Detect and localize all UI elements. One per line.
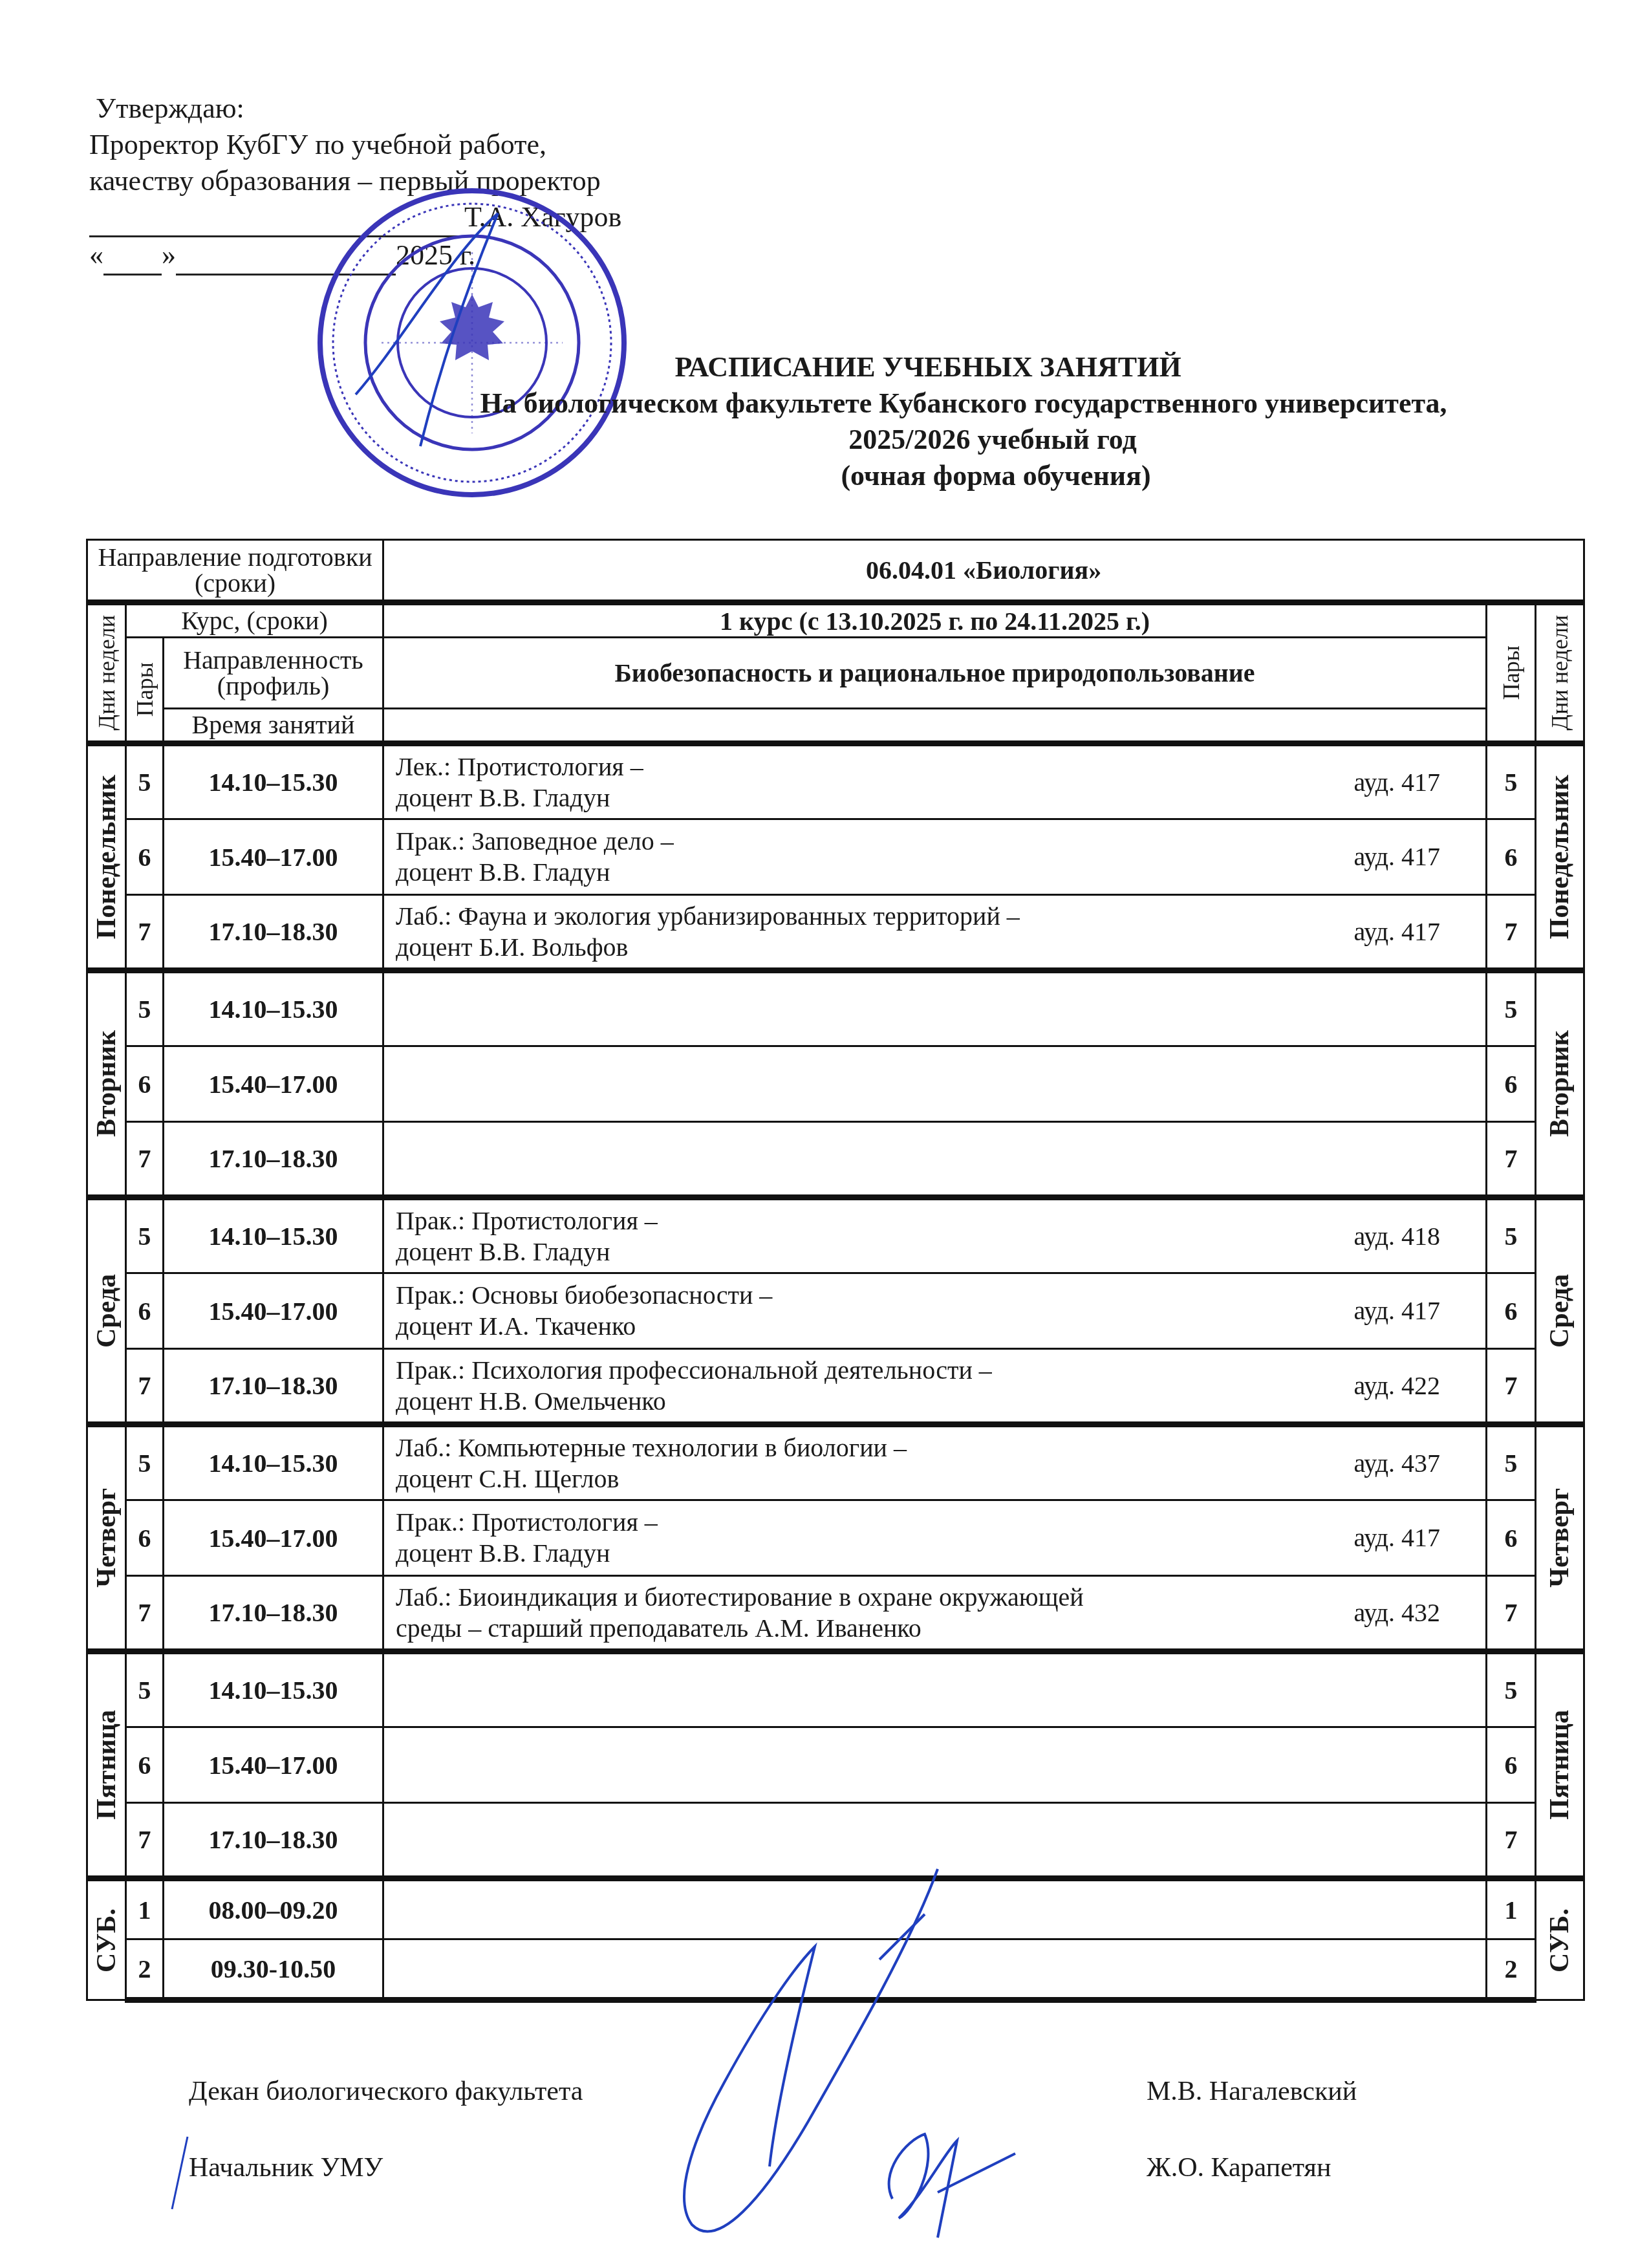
approval-signature-line: Т.А. Хагуров [89, 199, 621, 237]
pair-number-right: 5 [1487, 1652, 1536, 1727]
pair-time: 08.00–09.20 [164, 1879, 383, 1939]
lesson-cell [383, 1122, 1487, 1198]
lesson-teacher: доцент В.В. Гладун [396, 1538, 1485, 1569]
table-row: Среда514.10–15.30Прак.: Протистология –д… [87, 1198, 1584, 1273]
pair-time: 17.10–18.30 [164, 895, 383, 971]
pair-number-left: 6 [126, 819, 164, 895]
header-row-course: Дни недели Курс, (сроки) 1 курс (с 13.10… [87, 603, 1584, 638]
lesson-room: ауд. 422 [1353, 1370, 1440, 1401]
lesson-cell [383, 1727, 1487, 1803]
lesson-cell [383, 1939, 1487, 2000]
lesson-cell: Лаб.: Фауна и экология урбанизированных … [383, 895, 1487, 971]
pair-number-right: 2 [1487, 1939, 1536, 2000]
pair-number-left: 7 [126, 1803, 164, 1879]
pair-number-right: 7 [1487, 1576, 1536, 1652]
lesson-room: ауд. 418 [1353, 1221, 1440, 1252]
schedule-table: Направление подготовки (сроки) 06.04.01 … [86, 539, 1585, 2003]
pair-number-left: 7 [126, 1576, 164, 1652]
document-title: РАСПИСАНИЕ УЧЕБНЫХ ЗАНЯТИЙ На биологичес… [0, 349, 1649, 494]
pair-number-right: 6 [1487, 1273, 1536, 1349]
table-row: 717.10–18.307 [87, 1122, 1584, 1198]
day-label-right: Пятница [1536, 1652, 1584, 1879]
lesson-cell: Лаб.: Биоиндикация и биотестирование в о… [383, 1576, 1487, 1652]
lesson-cell [383, 1879, 1487, 1939]
lesson-cell: Прак.: Протистология –доцент В.В. Гладун… [383, 1198, 1487, 1273]
day-label-left: Четверг [87, 1425, 126, 1652]
approval-block: Утверждаю: Проректор КубГУ по учебной ра… [89, 91, 621, 275]
profile-label: Направленность (профиль) [164, 638, 383, 709]
day-label-left: Пятница [87, 1652, 126, 1879]
pair-number-right: 5 [1487, 1425, 1536, 1500]
table-row: 615.40–17.006 [87, 1046, 1584, 1122]
pair-number-left: 6 [126, 1500, 164, 1576]
table-row: 717.10–18.30Прак.: Психология профессион… [87, 1349, 1584, 1425]
profile-value: Биобезопасность и рациональное природопо… [383, 638, 1487, 709]
table-row: 615.40–17.00Прак.: Заповедное дело –доце… [87, 819, 1584, 895]
pair-time: 09.30-10.50 [164, 1939, 383, 2000]
pair-time: 14.10–15.30 [164, 744, 383, 819]
pair-time: 14.10–15.30 [164, 1652, 383, 1727]
direction-value: 06.04.01 «Биология» [383, 540, 1584, 603]
table-row: 717.10–18.307 [87, 1803, 1584, 1879]
header-row-profile: Пары Направленность (профиль) Биобезопас… [87, 638, 1584, 709]
approval-date-line: « » 2025 г. [89, 237, 621, 275]
day-label-right: Среда [1536, 1198, 1584, 1425]
pair-number-right: 7 [1487, 895, 1536, 971]
pair-number-left: 7 [126, 895, 164, 971]
lesson-teacher: доцент С.Н. Щеглов [396, 1463, 1485, 1495]
approval-year: 2025 г. [396, 239, 475, 271]
lesson-subject: Лаб.: Биоиндикация и биотестирование в о… [396, 1582, 1485, 1613]
lesson-subject: Прак.: Психология профессиональной деяте… [396, 1355, 1485, 1386]
table-row: 717.10–18.30Лаб.: Биоиндикация и биотест… [87, 1576, 1584, 1652]
header-row-direction: Направление подготовки (сроки) 06.04.01 … [87, 540, 1584, 603]
pair-number-right: 6 [1487, 1500, 1536, 1576]
pair-time: 14.10–15.30 [164, 1198, 383, 1273]
lesson-subject: Прак.: Заповедное дело – [396, 826, 1485, 857]
table-row: 615.40–17.00Прак.: Основы биобезопасност… [87, 1273, 1584, 1349]
lesson-room: ауд. 417 [1353, 1522, 1440, 1553]
lesson-cell: Прак.: Протистология –доцент В.В. Гладун… [383, 1500, 1487, 1576]
lesson-subject: Лек.: Протистология – [396, 751, 1485, 783]
days-label-right: Дни недели [1536, 603, 1584, 744]
dean-title: Декан биологического факультета [189, 2076, 583, 2107]
time-label: Время занятий [164, 709, 383, 744]
day-label-left: СУБ. [87, 1879, 126, 2000]
approval-heading: Утверждаю: [89, 91, 621, 127]
lesson-teacher: доцент В.В. Гладун [396, 783, 1485, 814]
lesson-room: ауд. 432 [1353, 1597, 1440, 1628]
lesson-teacher: доцент Н.В. Омельченко [396, 1386, 1485, 1417]
pair-number-left: 5 [126, 1652, 164, 1727]
pair-time: 17.10–18.30 [164, 1803, 383, 1879]
lesson-room: ауд. 417 [1353, 841, 1440, 872]
day-label-left: Вторник [87, 971, 126, 1198]
signature-underline [89, 199, 464, 237]
lesson-room: ауд. 417 [1353, 1295, 1440, 1326]
lesson-teacher: среды – старший преподаватель А.М. Иване… [396, 1613, 1485, 1644]
lesson-subject: Прак.: Основы биобезопасности – [396, 1280, 1485, 1311]
pair-number-left: 5 [126, 1198, 164, 1273]
pair-number-right: 5 [1487, 1198, 1536, 1273]
pair-number-left: 2 [126, 1939, 164, 2000]
direction-label: Направление подготовки (сроки) [87, 540, 383, 603]
pair-time: 14.10–15.30 [164, 971, 383, 1046]
lesson-subject: Лаб.: Компьютерные технологии в биологии… [396, 1432, 1485, 1463]
lesson-cell: Прак.: Основы биобезопасности –доцент И.… [383, 1273, 1487, 1349]
lesson-teacher: доцент В.В. Гладун [396, 857, 1485, 888]
pair-number-left: 7 [126, 1122, 164, 1198]
lesson-cell: Лаб.: Компьютерные технологии в биологии… [383, 1425, 1487, 1500]
day-label-left: Понедельник [87, 744, 126, 971]
pair-number-right: 5 [1487, 744, 1536, 819]
pair-time: 17.10–18.30 [164, 1349, 383, 1425]
pair-number-right: 7 [1487, 1803, 1536, 1879]
pair-number-right: 5 [1487, 971, 1536, 1046]
pair-number-left: 1 [126, 1879, 164, 1939]
approval-position-line2: качеству образования – первый проректор [89, 163, 621, 199]
day-label-right: Понедельник [1536, 744, 1584, 971]
day-label-right: СУБ. [1536, 1879, 1584, 2000]
pair-number-left: 6 [126, 1727, 164, 1803]
pair-time: 15.40–17.00 [164, 1500, 383, 1576]
lesson-cell: Прак.: Психология профессиональной деяте… [383, 1349, 1487, 1425]
approval-signer: Т.А. Хагуров [464, 201, 621, 233]
pair-time: 17.10–18.30 [164, 1122, 383, 1198]
lesson-cell: Прак.: Заповедное дело –доцент В.В. Глад… [383, 819, 1487, 895]
lesson-cell: Лек.: Протистология –доцент В.В. Гладуна… [383, 744, 1487, 819]
pair-number-right: 7 [1487, 1122, 1536, 1198]
pairs-label-left: Пары [126, 638, 164, 744]
lesson-subject: Прак.: Протистология – [396, 1205, 1485, 1237]
lesson-teacher: доцент И.А. Ткаченко [396, 1311, 1485, 1342]
lesson-room: ауд. 437 [1353, 1448, 1440, 1479]
lesson-cell [383, 1803, 1487, 1879]
pair-time: 15.40–17.00 [164, 1046, 383, 1122]
pair-time: 15.40–17.00 [164, 1273, 383, 1349]
table-row: Понедельник514.10–15.30Лек.: Протистолог… [87, 744, 1584, 819]
title-main: РАСПИСАНИЕ УЧЕБНЫХ ЗАНЯТИЙ [0, 349, 1649, 385]
course-value: 1 курс (с 13.10.2025 г. по 24.11.2025 г.… [383, 603, 1487, 638]
table-row: 615.40–17.006 [87, 1727, 1584, 1803]
pair-time: 17.10–18.30 [164, 1576, 383, 1652]
pair-number-left: 6 [126, 1046, 164, 1122]
table-row: 615.40–17.00Прак.: Протистология –доцент… [87, 1500, 1584, 1576]
pair-number-left: 5 [126, 1425, 164, 1500]
table-row: СУБ.108.00–09.201СУБ. [87, 1879, 1584, 1939]
umu-signature-icon [867, 2115, 1022, 2244]
day-label-left: Среда [87, 1198, 126, 1425]
pair-number-right: 1 [1487, 1879, 1536, 1939]
umu-name: Ж.О. Карапетян [1147, 2152, 1331, 2183]
pairs-label-right: Пары [1487, 603, 1536, 744]
pen-mark-icon [169, 2134, 189, 2212]
title-faculty: На биологическом факультете Кубанского г… [0, 385, 1649, 422]
table-row: Четверг514.10–15.30Лаб.: Компьютерные те… [87, 1425, 1584, 1500]
header-row-time: Время занятий [87, 709, 1584, 744]
lesson-teacher: доцент Б.И. Вольфов [396, 932, 1485, 963]
day-label-right: Четверг [1536, 1425, 1584, 1652]
pair-number-right: 6 [1487, 1046, 1536, 1122]
day-label-right: Вторник [1536, 971, 1584, 1198]
title-form: (очная форма обучения) [0, 458, 1649, 494]
dean-name: М.В. Нагалевский [1147, 2076, 1357, 2107]
pair-time: 15.40–17.00 [164, 819, 383, 895]
lesson-room: ауд. 417 [1353, 767, 1440, 798]
lesson-room: ауд. 417 [1353, 916, 1440, 947]
title-year: 2025/2026 учебный год [0, 422, 1649, 458]
days-label-left: Дни недели [87, 603, 126, 744]
pair-number-left: 6 [126, 1273, 164, 1349]
lesson-subject: Прак.: Протистология – [396, 1507, 1485, 1538]
pair-number-left: 5 [126, 971, 164, 1046]
table-row: 209.30-10.502 [87, 1939, 1584, 2000]
pair-number-right: 6 [1487, 1727, 1536, 1803]
lesson-subject: Лаб.: Фауна и экология урбанизированных … [396, 901, 1485, 932]
approval-position-line1: Проректор КубГУ по учебной работе, [89, 127, 621, 163]
pair-number-right: 7 [1487, 1349, 1536, 1425]
lesson-cell [383, 971, 1487, 1046]
umu-title: Начальник УМУ [189, 2152, 383, 2183]
lesson-teacher: доцент В.В. Гладун [396, 1237, 1485, 1268]
lesson-cell [383, 1652, 1487, 1727]
pair-number-left: 7 [126, 1349, 164, 1425]
pair-time: 15.40–17.00 [164, 1727, 383, 1803]
table-row: Пятница514.10–15.305Пятница [87, 1652, 1584, 1727]
table-row: 717.10–18.30Лаб.: Фауна и экология урбан… [87, 895, 1584, 971]
pair-number-left: 5 [126, 744, 164, 819]
lesson-cell [383, 1046, 1487, 1122]
table-row: Вторник514.10–15.305Вторник [87, 971, 1584, 1046]
course-label: Курс, (сроки) [126, 603, 383, 638]
pair-time: 14.10–15.30 [164, 1425, 383, 1500]
pair-number-right: 6 [1487, 819, 1536, 895]
